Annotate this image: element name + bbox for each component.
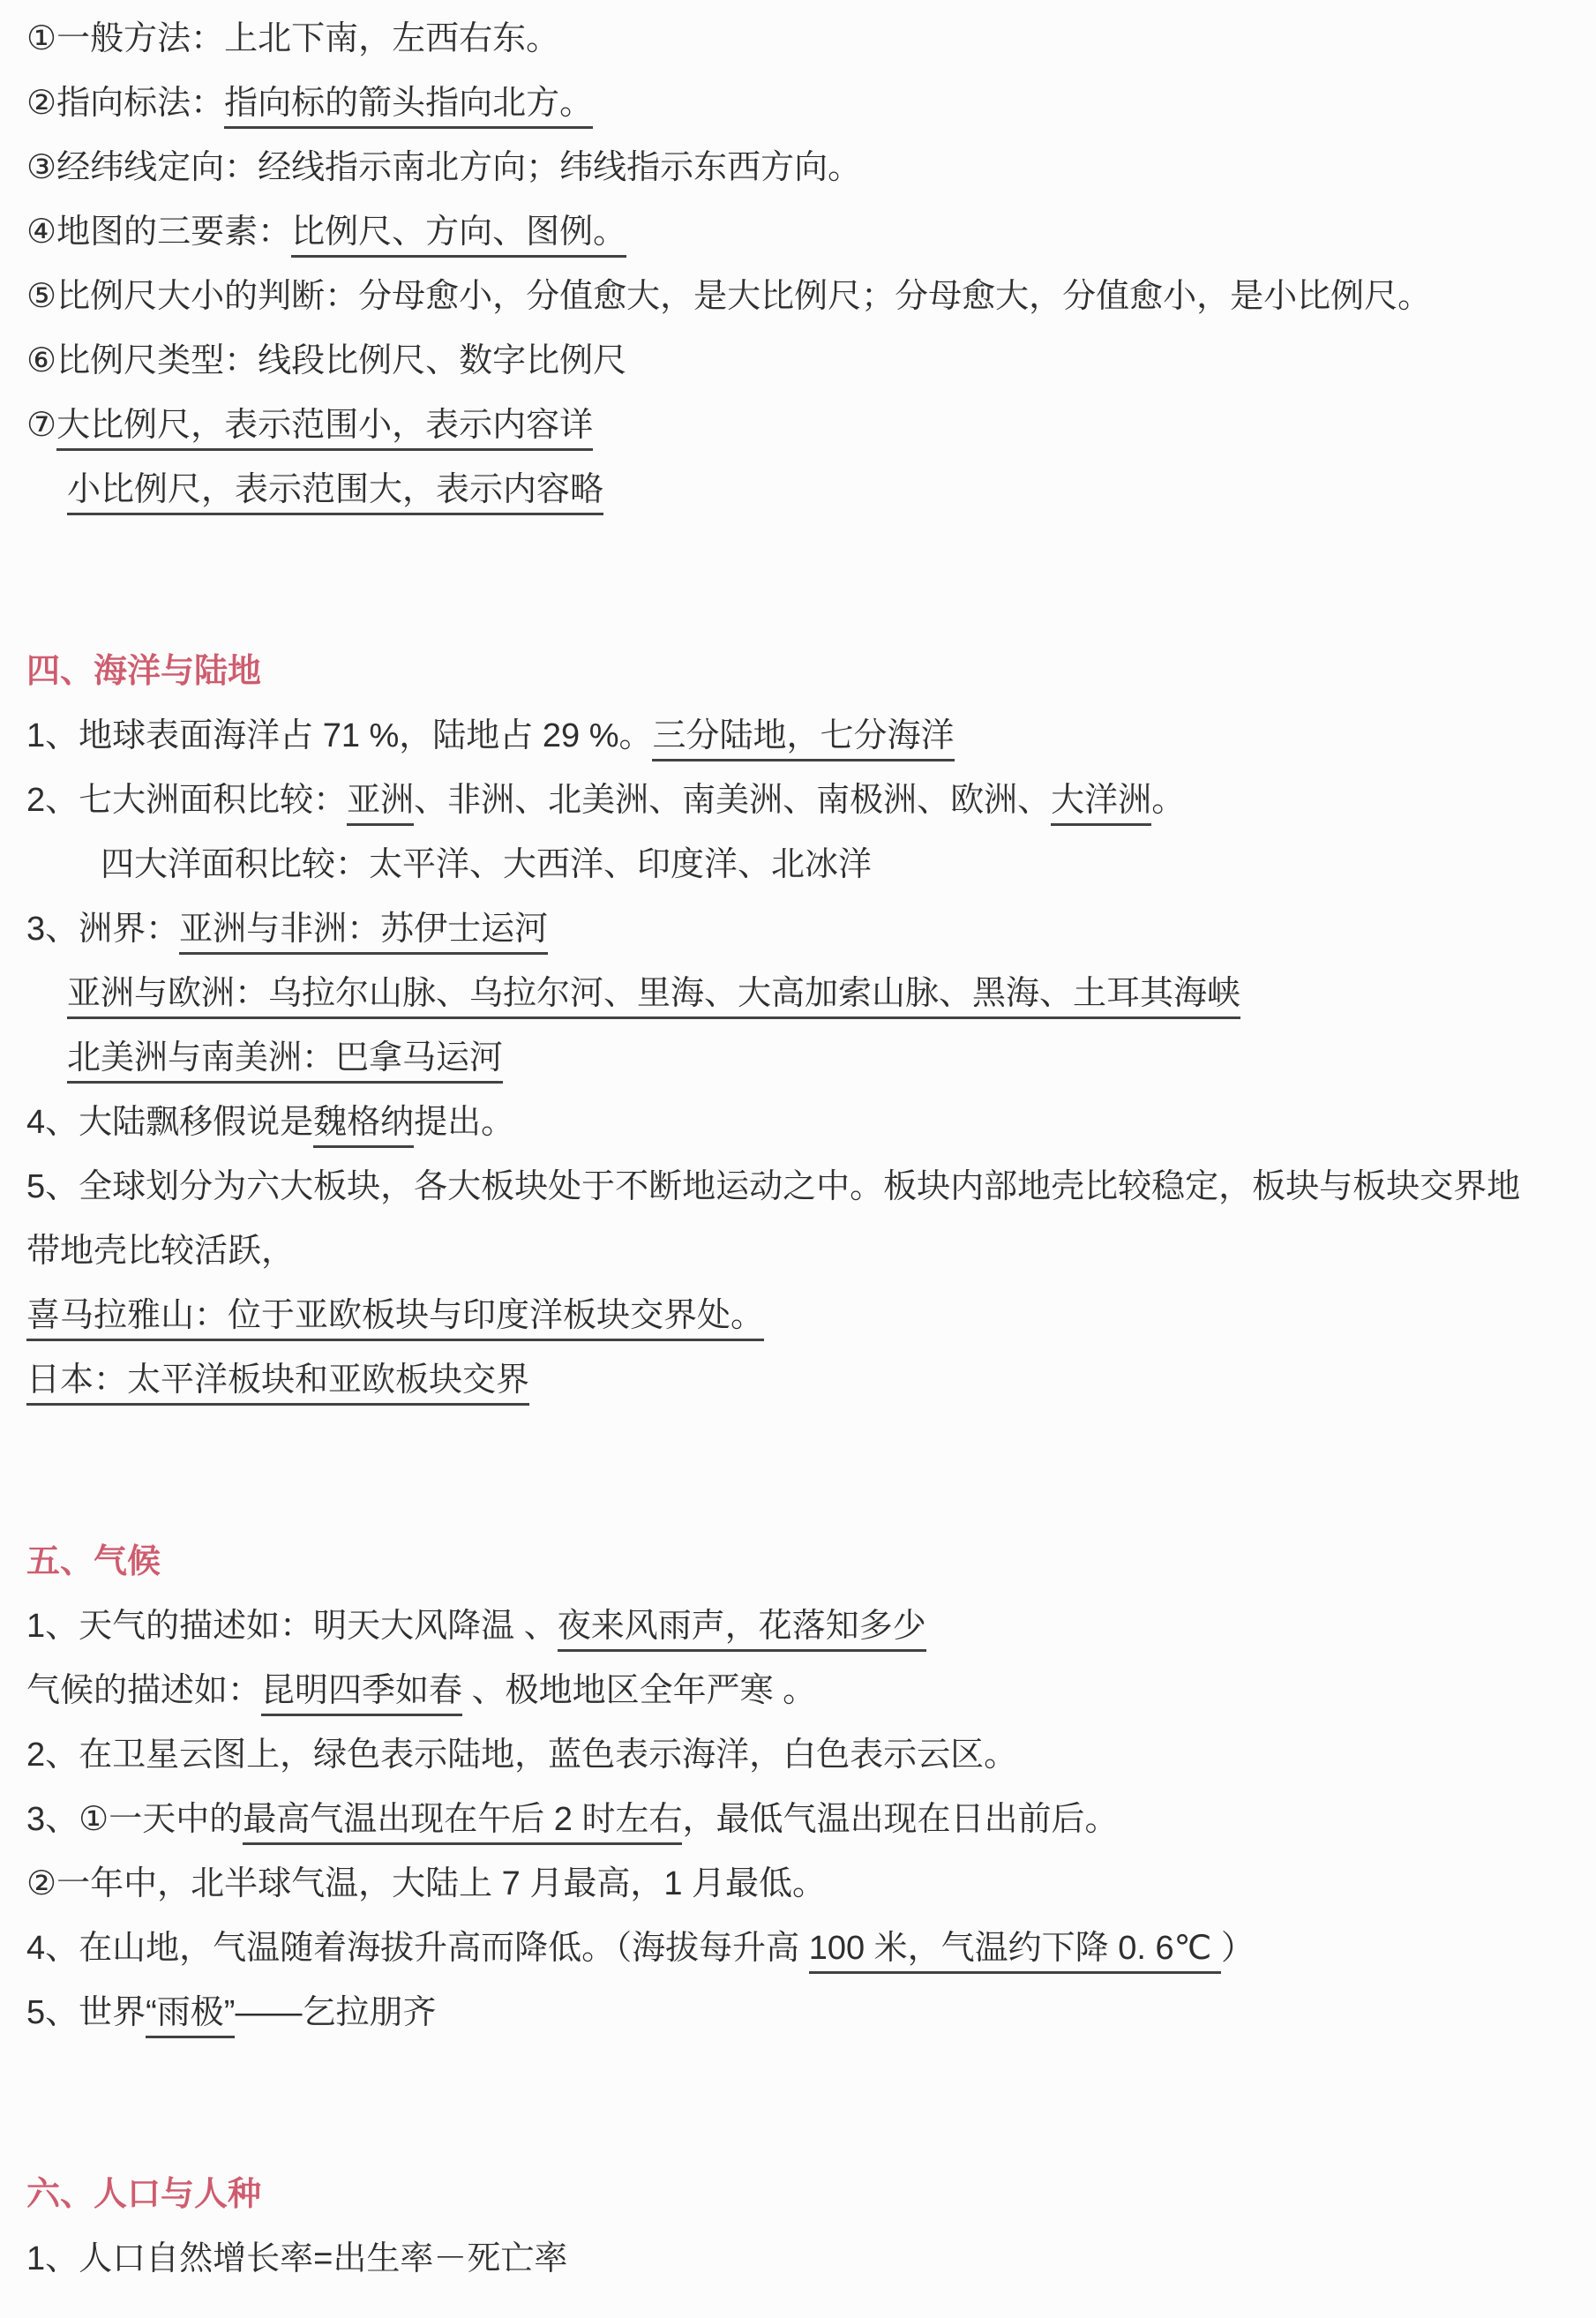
- underlined-text: 魏格纳: [313, 1104, 414, 1148]
- text-segment: ⑤比例尺大小的判断：分母愈小，分值愈大，是大比例尺；分母愈大，分值愈小，是小比例…: [26, 278, 1431, 315]
- text-line: ⑥比例尺类型：线段比例尺、数字比例尺: [26, 329, 1575, 394]
- underlined-text: 昆明四季如春: [261, 1672, 462, 1716]
- text-line: 1、地球表面海洋占 71 %，陆地占 29 %。三分陆地，七分海洋: [26, 704, 1575, 769]
- text-segment: 5、全球划分为六大板块，各大板块处于不断地运动之中。板块内部地壳比较稳定，板块与…: [26, 1168, 1520, 1205]
- text-segment: ②一年中，北半球气温，大陆上 7 月最高，1 月最低。: [26, 1865, 826, 1902]
- text-segment: 。: [1151, 782, 1185, 819]
- underlined-text: 最高气温出现在午后 2 时左右: [243, 1801, 682, 1845]
- underlined-text: 喜马拉雅山：位于亚欧板块与印度洋板块交界处。: [26, 1297, 764, 1341]
- text-segment: ⑥比例尺类型：线段比例尺、数字比例尺: [26, 342, 626, 379]
- text-segment: 提出。: [414, 1104, 514, 1141]
- text-segment: 四、海洋与陆地: [26, 653, 261, 690]
- underlined-text: 亚洲: [347, 782, 414, 826]
- text-line: ④地图的三要素：比例尺、方向、图例。: [26, 200, 1575, 265]
- text-segment: ，最低气温出现在日出前后。: [682, 1801, 1118, 1838]
- text-segment: 带地壳比较活跃，: [26, 1233, 295, 1270]
- underlined-text: 指向标的箭头指向北方。: [224, 85, 593, 129]
- text-line: ③经纬线定向：经线指示南北方向；纬线指示东西方向。: [26, 136, 1575, 200]
- underlined-text: 北美洲与南美洲：巴拿马运河: [67, 1039, 503, 1084]
- text-segment: ②指向标法：: [26, 85, 224, 122]
- text-line: 1、天气的描述如：明天大风降温 、夜来风雨声，花落知多少: [26, 1594, 1575, 1659]
- text-segment: 、非洲、北美洲、南美洲、南极洲、欧洲、: [414, 782, 1051, 819]
- text-segment: 2、在卫星云图上，绿色表示陆地，蓝色表示海洋，白色表示云区。: [26, 1737, 1017, 1774]
- underlined-text: 100 米，气温约下降 0. 6℃: [809, 1930, 1221, 1974]
- document-page: ①一般方法：上北下南，左西右东。②指向标法：指向标的箭头指向北方。③经纬线定向：…: [0, 0, 1596, 2318]
- text-segment: 五、气候: [26, 1543, 161, 1580]
- text-segment: 4、在山地，气温随着海拔升高而降低。（海拔每升高: [26, 1930, 809, 1967]
- text-segment: 5、世界: [26, 1994, 146, 2031]
- text-segment: 1、天气的描述如：明天大风降温 、: [26, 1608, 558, 1645]
- underlined-text: 大洋洲: [1051, 782, 1151, 826]
- underlined-text: 大比例尺，表示范围小，表示内容详: [56, 407, 593, 451]
- section-heading: 四、海洋与陆地: [26, 640, 1575, 704]
- underlined-text: 小比例尺，表示范围大，表示内容略: [67, 471, 603, 515]
- text-segment: ④地图的三要素：: [26, 214, 291, 251]
- text-line: ①一般方法：上北下南，左西右东。: [26, 7, 1575, 71]
- document-body: ①一般方法：上北下南，左西右东。②指向标法：指向标的箭头指向北方。③经纬线定向：…: [26, 7, 1575, 2292]
- text-line: 4、在山地，气温随着海拔升高而降低。（海拔每升高 100 米，气温约下降 0. …: [26, 1917, 1575, 1981]
- text-line: 3、洲界：亚洲与非洲：苏伊士运河: [26, 897, 1575, 962]
- section-heading: 六、人口与人种: [26, 2163, 1575, 2227]
- text-line: 5、全球划分为六大板块，各大板块处于不断地运动之中。板块内部地壳比较稳定，板块与…: [26, 1155, 1575, 1219]
- text-segment: 3、①一天中的: [26, 1801, 243, 1838]
- text-line: 气候的描述如：昆明四季如春 、极地地区全年严寒 。: [26, 1659, 1575, 1723]
- text-segment: 3、洲界：: [26, 911, 179, 948]
- underlined-text: “雨极”: [146, 1994, 235, 2038]
- underlined-text: 三分陆地，七分海洋: [652, 717, 954, 761]
- text-segment: 六、人口与人种: [26, 2176, 261, 2213]
- text-segment: 气候的描述如：: [26, 1672, 261, 1709]
- text-segment: ③经纬线定向：经线指示南北方向；纬线指示东西方向。: [26, 149, 861, 186]
- text-segment: ①一般方法：上北下南，左西右东。: [26, 20, 559, 57]
- text-line: 3、①一天中的最高气温出现在午后 2 时左右，最低气温出现在日出前后。: [26, 1788, 1575, 1852]
- text-line: ②一年中，北半球气温，大陆上 7 月最高，1 月最低。: [26, 1852, 1575, 1917]
- text-line: ②指向标法：指向标的箭头指向北方。: [26, 71, 1575, 136]
- text-segment: ——乞拉朋齐: [235, 1994, 436, 2031]
- underlined-text: 亚洲与非洲：苏伊士运河: [179, 911, 548, 955]
- text-line: 亚洲与欧洲：乌拉尔山脉、乌拉尔河、里海、大高加索山脉、黑海、土耳其海峡: [26, 962, 1575, 1026]
- text-line: ⑤比例尺大小的判断：分母愈小，分值愈大，是大比例尺；分母愈大，分值愈小，是小比例…: [26, 265, 1575, 329]
- text-line: 2、七大洲面积比较：亚洲、非洲、北美洲、南美洲、南极洲、欧洲、大洋洲。: [26, 769, 1575, 833]
- text-line: 带地壳比较活跃，: [26, 1219, 1575, 1284]
- text-segment: 1、地球表面海洋占 71 %，陆地占 29 %。: [26, 717, 652, 754]
- text-line: 5、世界“雨极”——乞拉朋齐: [26, 1981, 1575, 2045]
- text-line: 1、人口自然增长率=出生率－死亡率: [26, 2227, 1575, 2292]
- underlined-text: 亚洲与欧洲：乌拉尔山脉、乌拉尔河、里海、大高加索山脉、黑海、土耳其海峡: [67, 975, 1240, 1019]
- underlined-text: 比例尺、方向、图例。: [291, 214, 626, 258]
- text-segment: 1、人口自然增长率=出生率－死亡率: [26, 2240, 567, 2277]
- text-line: ⑦大比例尺，表示范围小，表示内容详: [26, 394, 1575, 458]
- text-line: 小比例尺，表示范围大，表示内容略: [26, 458, 1575, 522]
- text-segment: 四大洋面积比较：太平洋、大西洋、印度洋、北冰洋: [101, 846, 872, 883]
- text-line: 4、大陆飘移假说是魏格纳提出。: [26, 1091, 1575, 1155]
- underlined-text: 夜来风雨声，花落知多少: [558, 1608, 926, 1652]
- text-line: 日本：太平洋板块和亚欧板块交界: [26, 1348, 1575, 1413]
- text-segment: ）: [1221, 1930, 1255, 1967]
- text-line: 四大洋面积比较：太平洋、大西洋、印度洋、北冰洋: [26, 833, 1575, 897]
- text-segment: 2、七大洲面积比较：: [26, 782, 347, 819]
- text-segment: 、极地地区全年严寒 。: [462, 1672, 816, 1709]
- text-segment: 4、大陆飘移假说是: [26, 1104, 313, 1141]
- section-heading: 五、气候: [26, 1530, 1575, 1594]
- text-line: 2、在卫星云图上，绿色表示陆地，蓝色表示海洋，白色表示云区。: [26, 1723, 1575, 1788]
- underlined-text: 日本：太平洋板块和亚欧板块交界: [26, 1362, 529, 1406]
- text-line: 北美洲与南美洲：巴拿马运河: [26, 1026, 1575, 1091]
- text-segment: ⑦: [26, 407, 56, 444]
- text-line: 喜马拉雅山：位于亚欧板块与印度洋板块交界处。: [26, 1284, 1575, 1348]
